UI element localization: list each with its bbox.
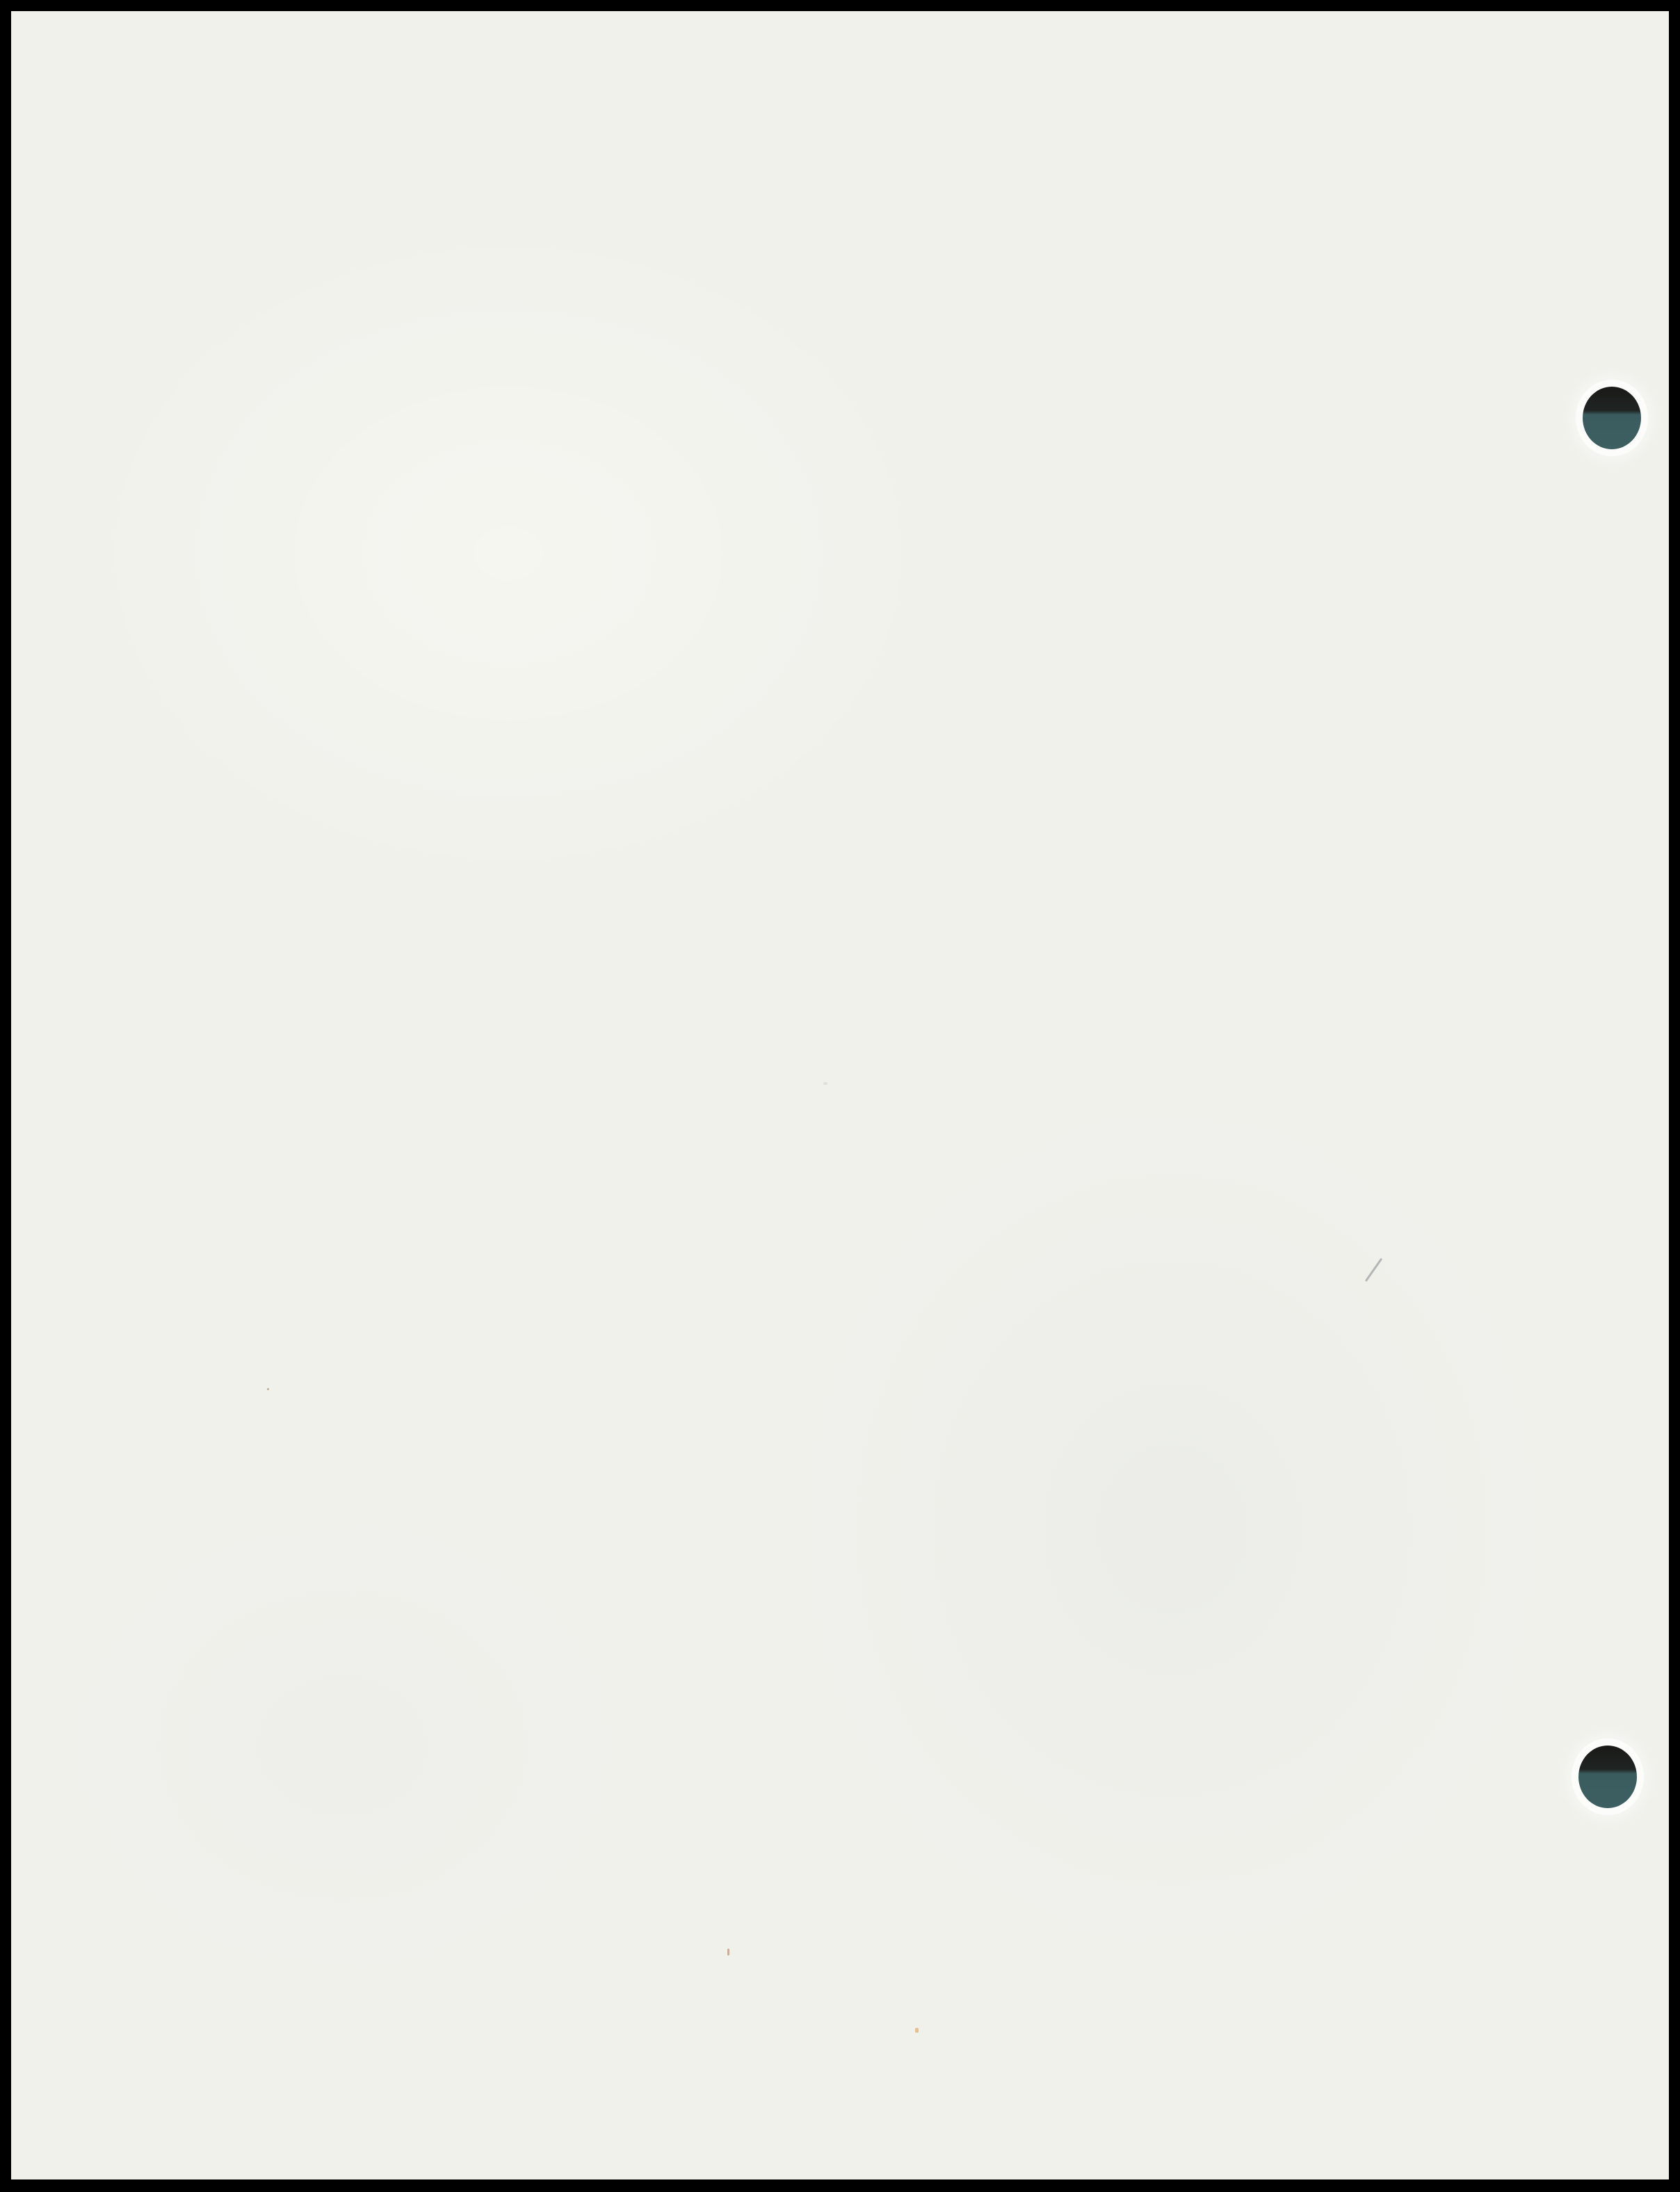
upper-punch-hole [1583,387,1641,449]
paper-fiber-speck [267,1388,269,1390]
paper-fiber-speck [915,2028,919,2033]
blank-paper-page [11,11,1669,2179]
paper-fiber-speck [727,1949,729,1956]
scan-border [0,0,1680,2192]
lower-punch-hole [1578,1746,1637,1808]
paper-fiber-speck [823,1082,827,1085]
paper-fiber-speck [1365,1258,1382,1282]
